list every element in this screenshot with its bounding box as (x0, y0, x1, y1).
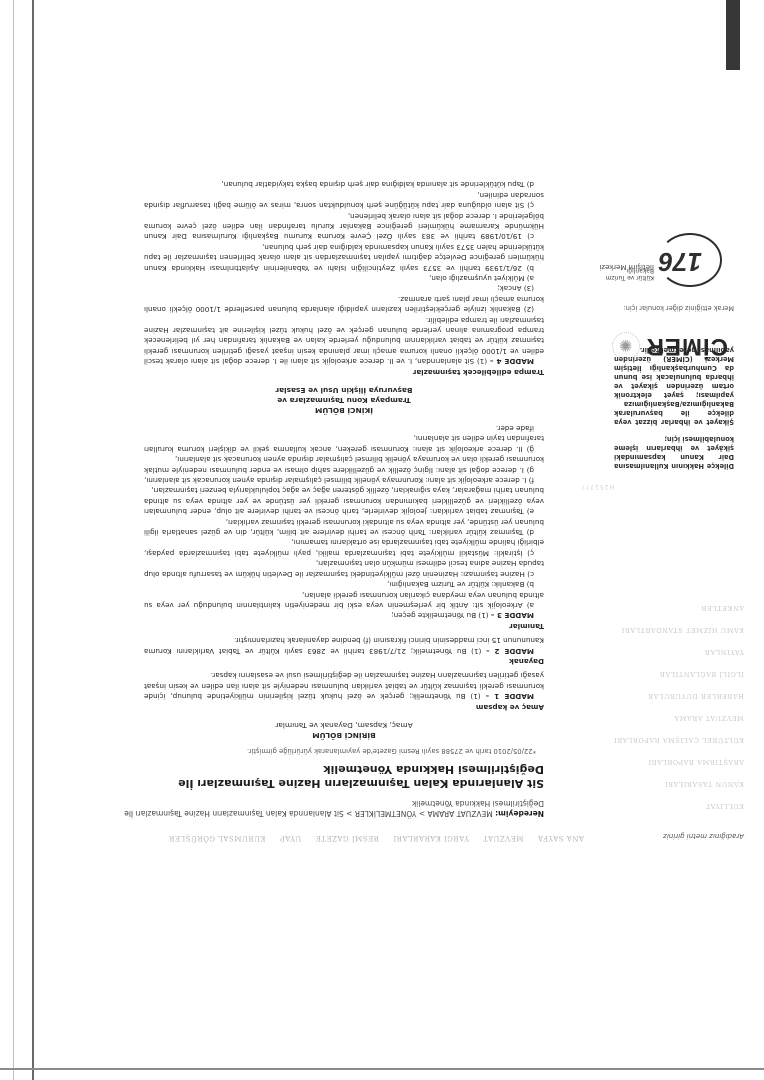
section-heading: Trampa edilebilecek taşınmazlar (144, 366, 544, 376)
chapter-subtitle: Trampaya Konu Taşınmazlara ve (144, 395, 544, 405)
definition-item: ç) İştirakli: Müstakil mülkiyete tabi ta… (144, 537, 544, 558)
cimer-wordmark: CİMER (646, 332, 728, 360)
publication-note: *22/05/2010 tarih ve 27588 sayılı Resmi … (144, 746, 536, 756)
cimer-logo[interactable]: CİMER ✺ (612, 332, 728, 360)
article-4-para-3: (3) Ancak; (144, 283, 544, 293)
sidebar-item[interactable]: ARAŞTIRMA RAPORLARI (584, 758, 744, 766)
hotline-number: 176 (659, 246, 702, 277)
binder-edge (13, 0, 14, 1080)
sidebar-item[interactable]: İLGİLİ BAĞLANTILAR (584, 670, 744, 678)
article-1: MADDE 1 – (1) Bu Yönetmelik; gerçek ve ö… (144, 670, 544, 701)
exception-item: a) Mülkiyet uyuşmazlığı olan, (144, 273, 544, 283)
sidebar-item[interactable]: KÜLLİYAT (584, 802, 744, 810)
stamp-number: H2517?? (581, 483, 614, 490)
breadcrumb-path[interactable]: MEVZUAT ARAMA > YÖNETMELİKLER > Sit Alan… (124, 799, 544, 818)
article-4-para-2: (2) Bakanlık izniyle gerçekleştirilen ka… (144, 293, 544, 314)
section-heading: Amaç ve kapsam (144, 701, 544, 711)
hotline-logo[interactable]: 176 Kültür ve Turizm Bakanlığı İletişim … (580, 225, 730, 295)
nav-item[interactable]: ANA SAYFA (538, 834, 584, 842)
definition-item: e) Taşınmaz tabiat varlıkları: Jeolojik … (144, 485, 544, 516)
section-heading: Dayanak (144, 656, 544, 666)
scanned-page: Aradığınız metni giriniz ANA SAYFA MEVZU… (0, 0, 764, 1080)
article-3: MADDE 3 – (1) Bu Yönetmelikte geçen; (144, 610, 544, 620)
nav-item[interactable]: RESMİ GAZETE (315, 834, 379, 842)
chapter-subtitle: Amaç, Kapsam, Dayanak ve Tanımlar (144, 720, 544, 730)
exception-item: d) Tapu kütüklerinde sit alanında kaldığ… (144, 179, 544, 189)
chapter-title: BİRİNCİ BÖLÜM (144, 730, 544, 740)
definition-item: b) Bakanlık: Kültür ve Turizm Bakanlığın… (144, 579, 544, 589)
sidebar-item[interactable]: YAYINLAR (584, 648, 744, 656)
binder-edge (32, 0, 34, 1080)
hotline-caption: İletişim Merkezi (599, 263, 654, 271)
chapter-title: İKİNCİ BÖLÜM (144, 405, 544, 415)
complaint-paragraph: Dilekçe Hakkının Kullanılmasına Dair Kan… (614, 434, 734, 470)
sidebar-item[interactable]: HABERLER DUYURULAR (584, 692, 744, 700)
sidebar-item[interactable]: ANKETLER (584, 604, 744, 612)
nav-item[interactable]: MEVZUAT (483, 834, 524, 842)
exception-item: ç) Sit alanı olduğuna dair tapu kütüğüne… (144, 189, 544, 210)
search-label: Aradığınız metni giriniz (663, 832, 744, 840)
sidebar: KÜLLİYAT KANUN TASARILARI ARAŞTIRMA RAPO… (584, 590, 744, 810)
article-2: MADDE 2 – (1) Bu Yönetmelik; 21/7/1983 t… (144, 635, 544, 656)
definition-closing: ifade eder. (144, 423, 544, 433)
page-edge (0, 1068, 764, 1070)
scanner-mark (726, 0, 740, 70)
sidebar-item[interactable]: KAMU HİZMET STANDARTLARI (584, 626, 744, 634)
chapter-subtitle: Başvuruya İlişkin Usul ve Esaslar (144, 385, 544, 395)
document-title: Sit Alanlarında Kalan Taşınmazların Hazi… (144, 762, 544, 790)
merak-text: Merak ettiğiniz diğer konular için: (624, 304, 734, 312)
definition-item: g) I. derece doğal sit alanı: İlginç öze… (144, 454, 544, 475)
nav-item[interactable]: YARGI KARARLARI (393, 834, 469, 842)
definition-item: a) Arkeolojik sit: Antik bir yerleşmenin… (144, 589, 544, 610)
section-heading: Tanımlar (144, 620, 544, 630)
nav-item[interactable]: UYAP (280, 834, 302, 842)
definition-item: ğ) II. derece arkeolojik sit alanı: Koru… (144, 433, 544, 454)
breadcrumb: Neredeyim: MEVZUAT ARAMA > YÖNETMELİKLER… (124, 798, 544, 818)
exception-item: b) 26/1/1939 tarihli ve 3573 sayılı Zeyt… (144, 241, 544, 272)
cimer-emblem-icon: ✺ (612, 332, 640, 360)
document-body: Sit Alanlarında Kalan Taşınmazların Hazi… (144, 179, 544, 790)
nav-item[interactable]: KURUMSAL GÖRÜŞLER (169, 834, 266, 842)
sidebar-item[interactable]: KÜLTÜREL ÇALIŞMA RAPORLARI (584, 736, 744, 744)
breadcrumb-prefix: Neredeyim: (495, 809, 544, 818)
exception-item: c) 19/10/1989 tarihli ve 383 sayılı Özel… (144, 210, 544, 241)
top-nav: ANA SAYFA MEVZUAT YARGI KARARLARI RESMİ … (24, 834, 584, 842)
definition-item: d) Taşınmaz kültür varlıkları: Tarih önc… (144, 516, 544, 537)
sidebar-item[interactable]: KANUN TASARILARI (584, 780, 744, 788)
sidebar-item[interactable]: MEVZUAT ARAMA (584, 714, 744, 722)
definition-item: f) I. derece arkeolojik sit alanı: Korun… (144, 475, 544, 485)
definition-item: c) Hazine taşınmazı: Hazinenin özel mülk… (144, 558, 544, 579)
article-4: MADDE 4 – (1) Sit alanlarından, I. ve II… (144, 314, 544, 366)
